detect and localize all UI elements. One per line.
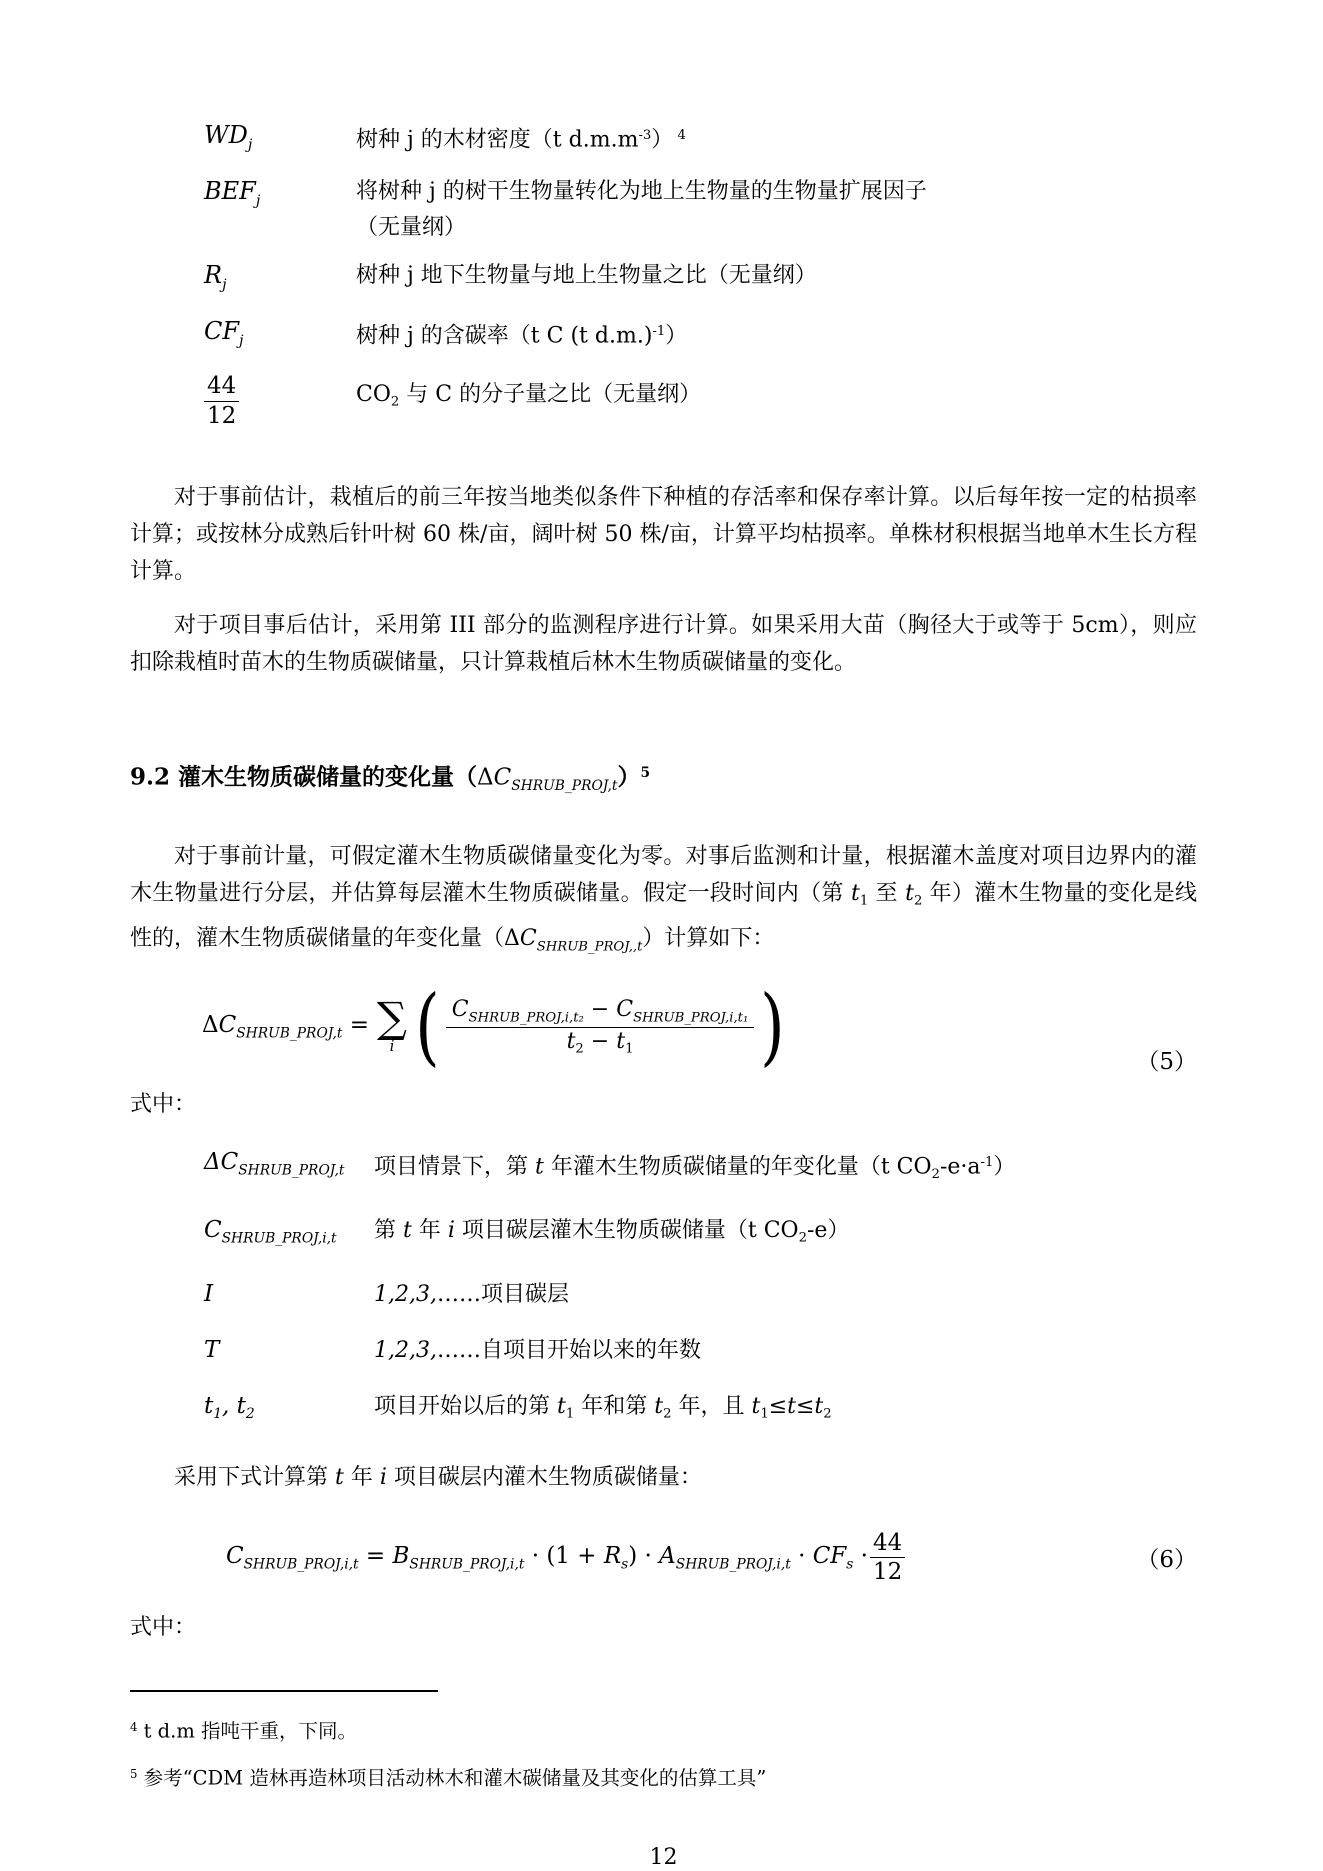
equation-5-lhs: ΔCSHRUB_PROJ,t = xyxy=(202,1012,369,1042)
document-page: WDj 树种 j 的木材密度（t d.m.m-3） 4 BEFj 将树种 j 的… xyxy=(0,0,1323,1871)
where-label-1: 式中： xyxy=(130,1086,1197,1123)
equation-5-denominator: t2 − t1 xyxy=(561,1028,640,1057)
footnote-separator xyxy=(130,1690,438,1692)
equation-6-math: CSHRUB_PROJ,i,t = BSHRUB_PROJ,i,t · (1 +… xyxy=(226,1530,905,1586)
definition-description: 树种 j 的木材密度（t d.m.m-3） 4 xyxy=(356,118,1197,158)
equation-6-numerator: 44 xyxy=(870,1530,905,1558)
definition-description: 1,2,3,……自项目开始以来的年数 xyxy=(374,1333,1197,1369)
ratio-symbol-44-12: 44 12 xyxy=(204,369,356,429)
symbol-definition-list-eq5: ΔCSHRUB_PROJ,t 项目情景下，第 t 年灌木生物质碳储量的年变化量（… xyxy=(130,1145,1197,1432)
equation-6-label: （6） xyxy=(1136,1541,1197,1574)
footnote-5-text: 参考“CDM 造林再造林项目活动林木和灌木碳储量及其变化的估算工具” xyxy=(137,1766,766,1789)
definition-symbol: WDj xyxy=(204,118,356,162)
definition-description: 1,2,3,……项目碳层 xyxy=(374,1277,1197,1313)
equation-5-math: ΔCSHRUB_PROJ,t = ∑ i ( CSHRUB_PROJ,i,t₂ … xyxy=(202,991,789,1062)
definition-description: 项目开始以后的第 t1 年和第 t2 年，且 t1≤t≤t2 xyxy=(374,1389,1197,1433)
close-parenthesis: ) xyxy=(760,991,785,1062)
definition-symbol: T xyxy=(204,1333,374,1367)
equation-5: ΔCSHRUB_PROJ,t = ∑ i ( CSHRUB_PROJ,i,t₂ … xyxy=(202,991,1197,1062)
fraction-denominator: 12 xyxy=(207,402,236,429)
definition-description: 树种 j 的含碳率（t C (t d.m.)-1） xyxy=(356,314,1197,354)
footnote-4: 4 t d.m 指吨干重，下同。 xyxy=(130,1712,1197,1746)
equation-6: CSHRUB_PROJ,i,t = BSHRUB_PROJ,i,t · (1 +… xyxy=(226,1530,1197,1586)
open-parenthesis: ( xyxy=(415,991,440,1062)
definition-symbol: ΔCSHRUB_PROJ,t xyxy=(204,1145,374,1188)
definition-description: 项目情景下，第 t 年灌木生物质碳储量的年变化量（t CO2-e·a-1） xyxy=(374,1145,1197,1193)
symbol-definition-list-top: WDj 树种 j 的木材密度（t d.m.m-3） 4 BEFj 将树种 j 的… xyxy=(130,118,1197,429)
equation-6-denominator: 12 xyxy=(873,1558,902,1585)
section-heading-9-2: 9.2 灌木生物质碳储量的变化量（ΔCSHRUB_PROJ,t）5 xyxy=(130,757,1197,802)
definition-symbol: Rj xyxy=(204,258,356,302)
paragraph-ex-ante-estimate: 对于事前估计，栽植后的前三年按当地类似条件下种植的存活率和保存率计算。以后每年按… xyxy=(130,479,1197,590)
where-label-2: 式中： xyxy=(130,1609,1197,1646)
definition-description: 将树种 j 的树干生物量转化为地上生物量的生物量扩展因子 （无量纲） xyxy=(356,174,1197,246)
calc-intro-line: 采用下式计算第 t 年 i 项目碳层内灌木生物质碳储量： xyxy=(130,1459,1197,1496)
equation-5-label: （5） xyxy=(1136,1043,1197,1076)
paragraph-ex-post-estimate: 对于项目事后估计，采用第 III 部分的监测程序进行计算。如果采用大苗（胸径大于… xyxy=(130,607,1197,681)
definition-symbol: t1, t2 xyxy=(204,1389,374,1431)
fraction-44-12: 44 12 xyxy=(204,373,239,429)
definition-description: 第 t 年 i 项目碳层灌木生物质碳储量（t CO2-e） xyxy=(374,1213,1197,1257)
fraction-numerator: 44 xyxy=(204,373,239,401)
definition-symbol: BEFj xyxy=(204,174,356,218)
definition-symbol: CSHRUB_PROJ,i,t xyxy=(204,1213,374,1256)
definition-symbol: I xyxy=(204,1277,374,1311)
footnote-5: 5 参考“CDM 造林再造林项目活动林木和灌木碳储量及其变化的估算工具” xyxy=(130,1759,1197,1793)
paragraph-shrub-biomass: 对于事前计量，可假定灌木生物质碳储量变化为零。对事后监测和计量，根据灌木盖度对项… xyxy=(130,838,1197,965)
summation-symbol: ∑ i xyxy=(377,999,407,1054)
equation-6-fraction: 44 12 xyxy=(870,1530,905,1586)
definition-description: 树种 j 地下生物量与地上生物量之比（无量纲） xyxy=(356,258,1197,294)
footnote-4-text: t d.m 指吨干重，下同。 xyxy=(137,1720,357,1743)
page-number: 12 xyxy=(130,1845,1197,1870)
equation-5-fraction: CSHRUB_PROJ,i,t₂ − CSHRUB_PROJ,i,t₁ t2 −… xyxy=(446,997,754,1056)
definition-symbol: CFj xyxy=(204,314,356,358)
equation-5-numerator: CSHRUB_PROJ,i,t₂ − CSHRUB_PROJ,i,t₁ xyxy=(446,997,754,1027)
ratio-description: CO2 与 C 的分子量之比（无量纲） xyxy=(356,377,1197,421)
equation-6-expression: CSHRUB_PROJ,i,t = BSHRUB_PROJ,i,t · (1 +… xyxy=(226,1543,868,1573)
